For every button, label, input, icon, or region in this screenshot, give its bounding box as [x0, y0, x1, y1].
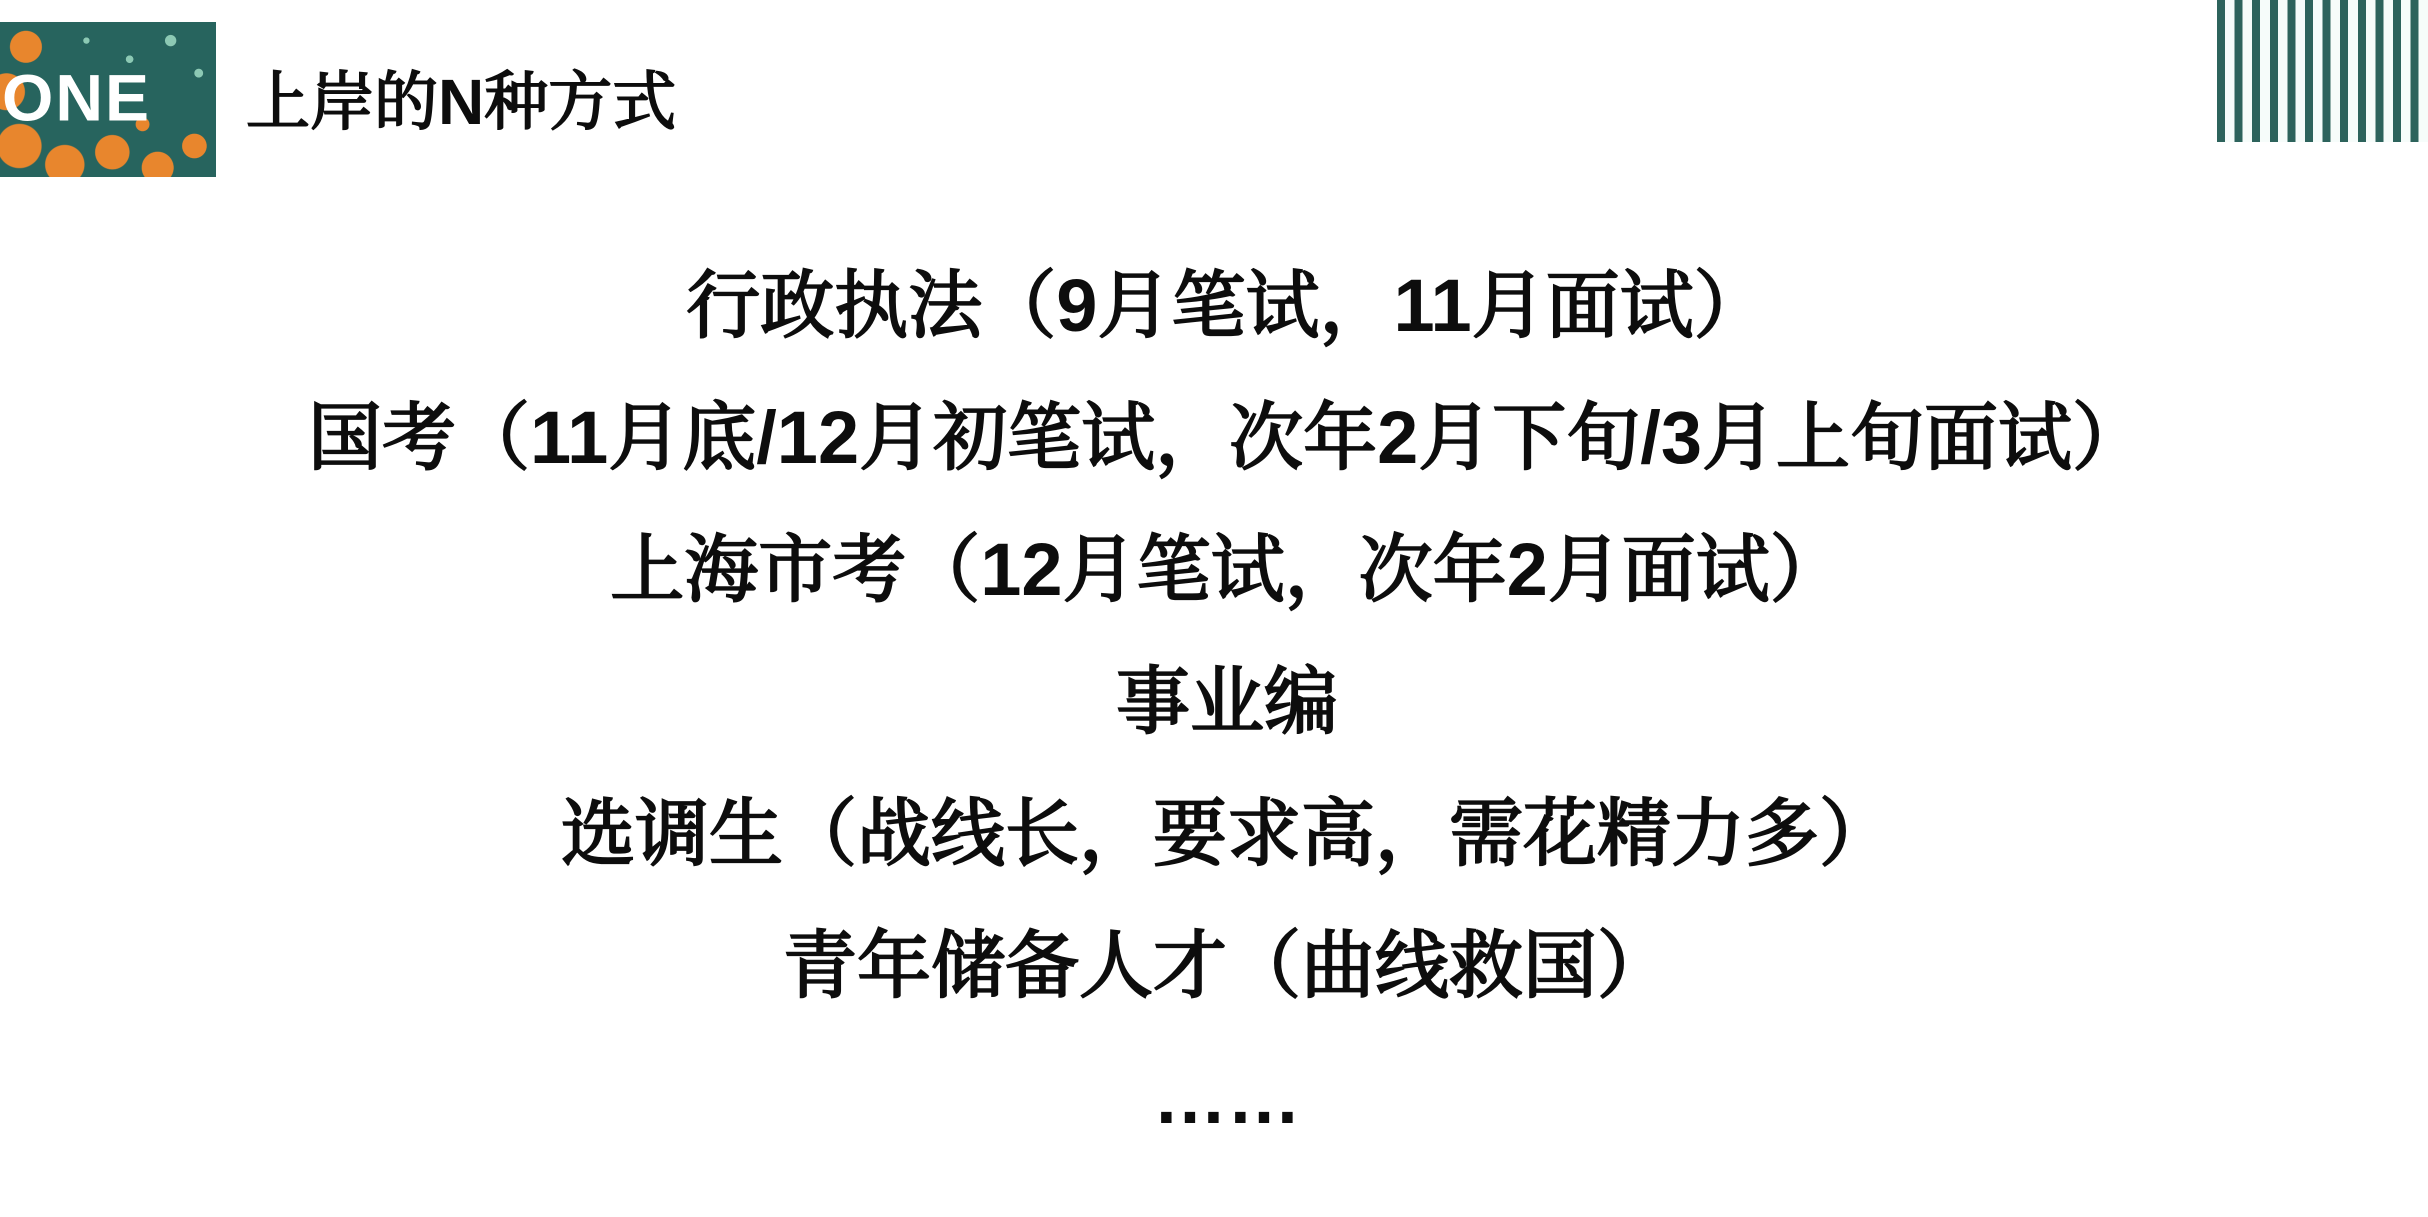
section-number-label: ONE — [2, 64, 151, 130]
body-line: 上海市考（12月笔试，次年2月面试） — [26, 504, 2428, 636]
slide-title: 上岸的N种方式 — [246, 70, 676, 134]
section-badge: ONE — [0, 22, 216, 177]
body-line: 行政执法（9月笔试，11月面试） — [26, 240, 2428, 372]
presentation-slide: ONE 上岸的N种方式 行政执法（9月笔试，11月面试） 国考（11月底/12月… — [0, 0, 2428, 1217]
slide-body: 行政执法（9月笔试，11月面试） 国考（11月底/12月初笔试，次年2月下旬/3… — [0, 240, 2428, 1164]
body-line: 选调生（战线长，要求高，需花精力多） — [26, 768, 2428, 900]
body-line: 青年储备人才（曲线救国） — [26, 900, 2428, 1032]
body-line: 国考（11月底/12月初笔试，次年2月下旬/3月上旬面试） — [26, 372, 2428, 504]
stripe-decoration — [2217, 0, 2428, 142]
body-line: …… — [26, 1032, 2428, 1164]
body-line: 事业编 — [26, 636, 2428, 768]
